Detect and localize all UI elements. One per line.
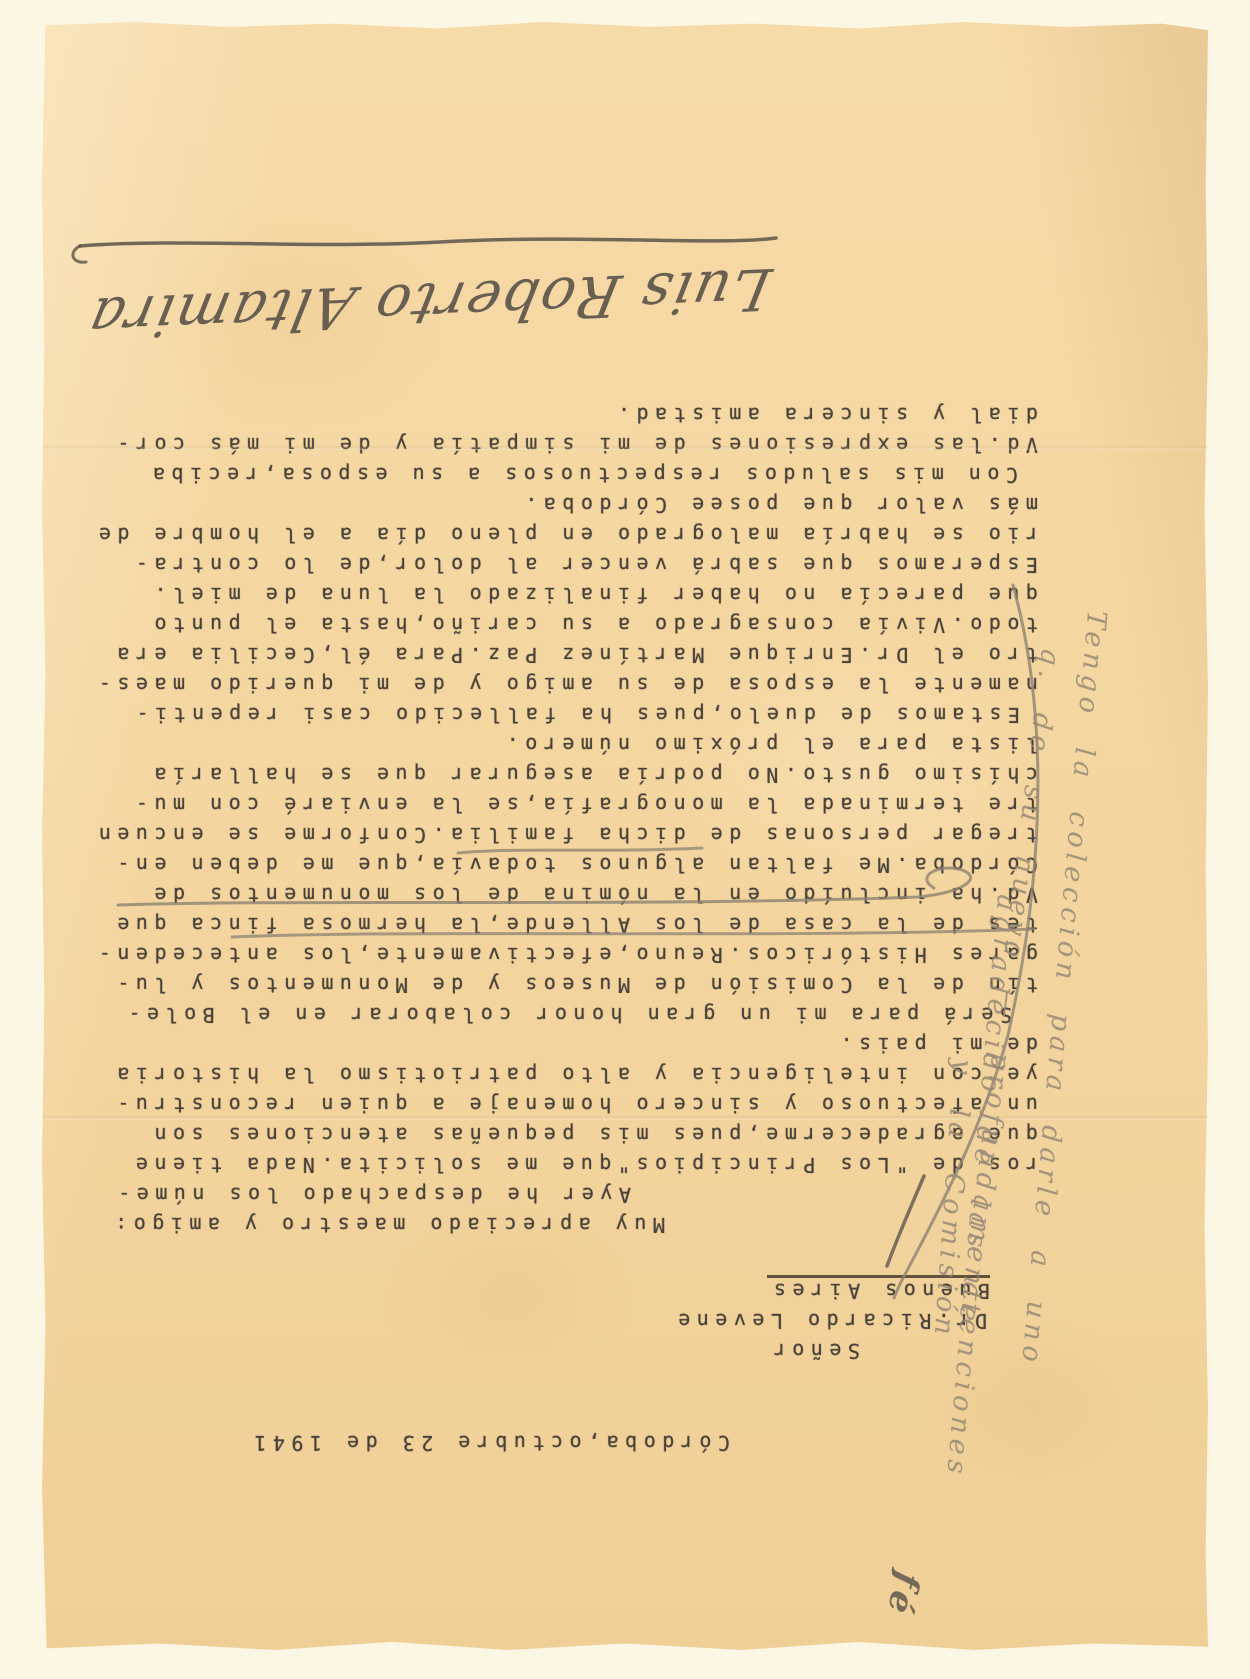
body-line: tre terminada la monografía,se la enviar… [129,790,1038,820]
body-line: ros de "Los Principios"que me solicita.N… [129,1150,1038,1180]
body-line: namente la esposa de su amigo y de mi qu… [92,670,1038,700]
body-line: tín de la Comisión de Museos y de Monume… [111,970,1038,1000]
body-line: que agradecerme,pues mis pequeñas atenci… [148,1120,1038,1150]
body-line: Con mis saludos respectuosos a su esposa… [147,460,1018,490]
scanned-letter-scene: Córdoba,octubre 23 de 1941 Señor Dr.Rica… [0,0,1250,1679]
body-line: ye con inteligencia y alto patriotismo l… [111,1060,1038,1090]
body-line: un afectuoso y sincero homenaje a quien … [111,1090,1038,1120]
signature-flourish [60,222,780,342]
body-line: tro el Dr.Enrique Martínez Paz.Para él,C… [111,640,1038,670]
body-line: Estamos de duelo,pues ha fallecido casi … [130,700,1020,730]
body-line: lista para el próximo número. [500,730,1038,760]
salutation: Muy apreciado maestro y amigo: [109,1210,665,1240]
body-line: Será para mi un gran honor colaborar en … [122,1000,1012,1030]
recipient-title: Señor [767,1336,860,1366]
body-line: tes de la casa de los Allende,la hermosa… [111,910,1038,940]
signature-block: Luis Roberto Altamira [60,222,780,342]
body-line: gares Históricos.Reuno,efectivamente,los… [92,940,1038,970]
body-line: Vd.ha incluído en la nómina de los monum… [148,880,1038,910]
body-line: Esperamos que sabrá vencer al dolor,de l… [129,550,1038,580]
body-line: Ayer he despachado los núme- [112,1180,631,1210]
body-line: chísimo gusto.No podría asegurar que se … [148,760,1038,790]
body-line: todo.Vivía consagrado a su cariño,hasta … [148,610,1038,640]
body-line: Córdoba.Me faltan algunos todavía,que me… [111,850,1038,880]
body-line: más valor que posee Córdoba. [519,490,1038,520]
body-line: rio se habría malogrado en pleno día a e… [92,520,1038,550]
body-line: tregar personas de dicha familia.Conform… [92,820,1038,850]
body-line: Vd.las expresiones de mi simpatía y de m… [111,430,1038,460]
body-line: que parecía no haber finalizado la luna … [148,580,1038,610]
date-line: Córdoba,octubre 23 de 1941 [248,1428,730,1458]
body-line: dial y sincera amistad. [612,400,1038,430]
